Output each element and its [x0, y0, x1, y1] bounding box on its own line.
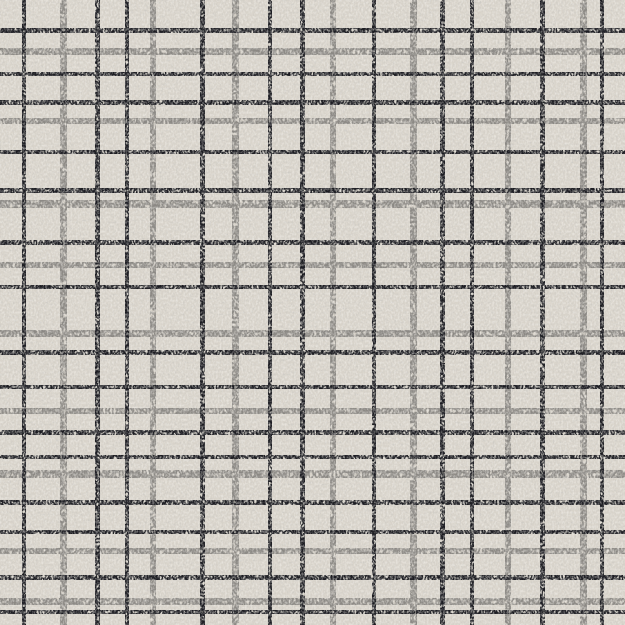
carpet-texture-image: Cream bouclé carpet with black and gray … [0, 0, 625, 625]
carpet-texture-render [0, 0, 625, 625]
